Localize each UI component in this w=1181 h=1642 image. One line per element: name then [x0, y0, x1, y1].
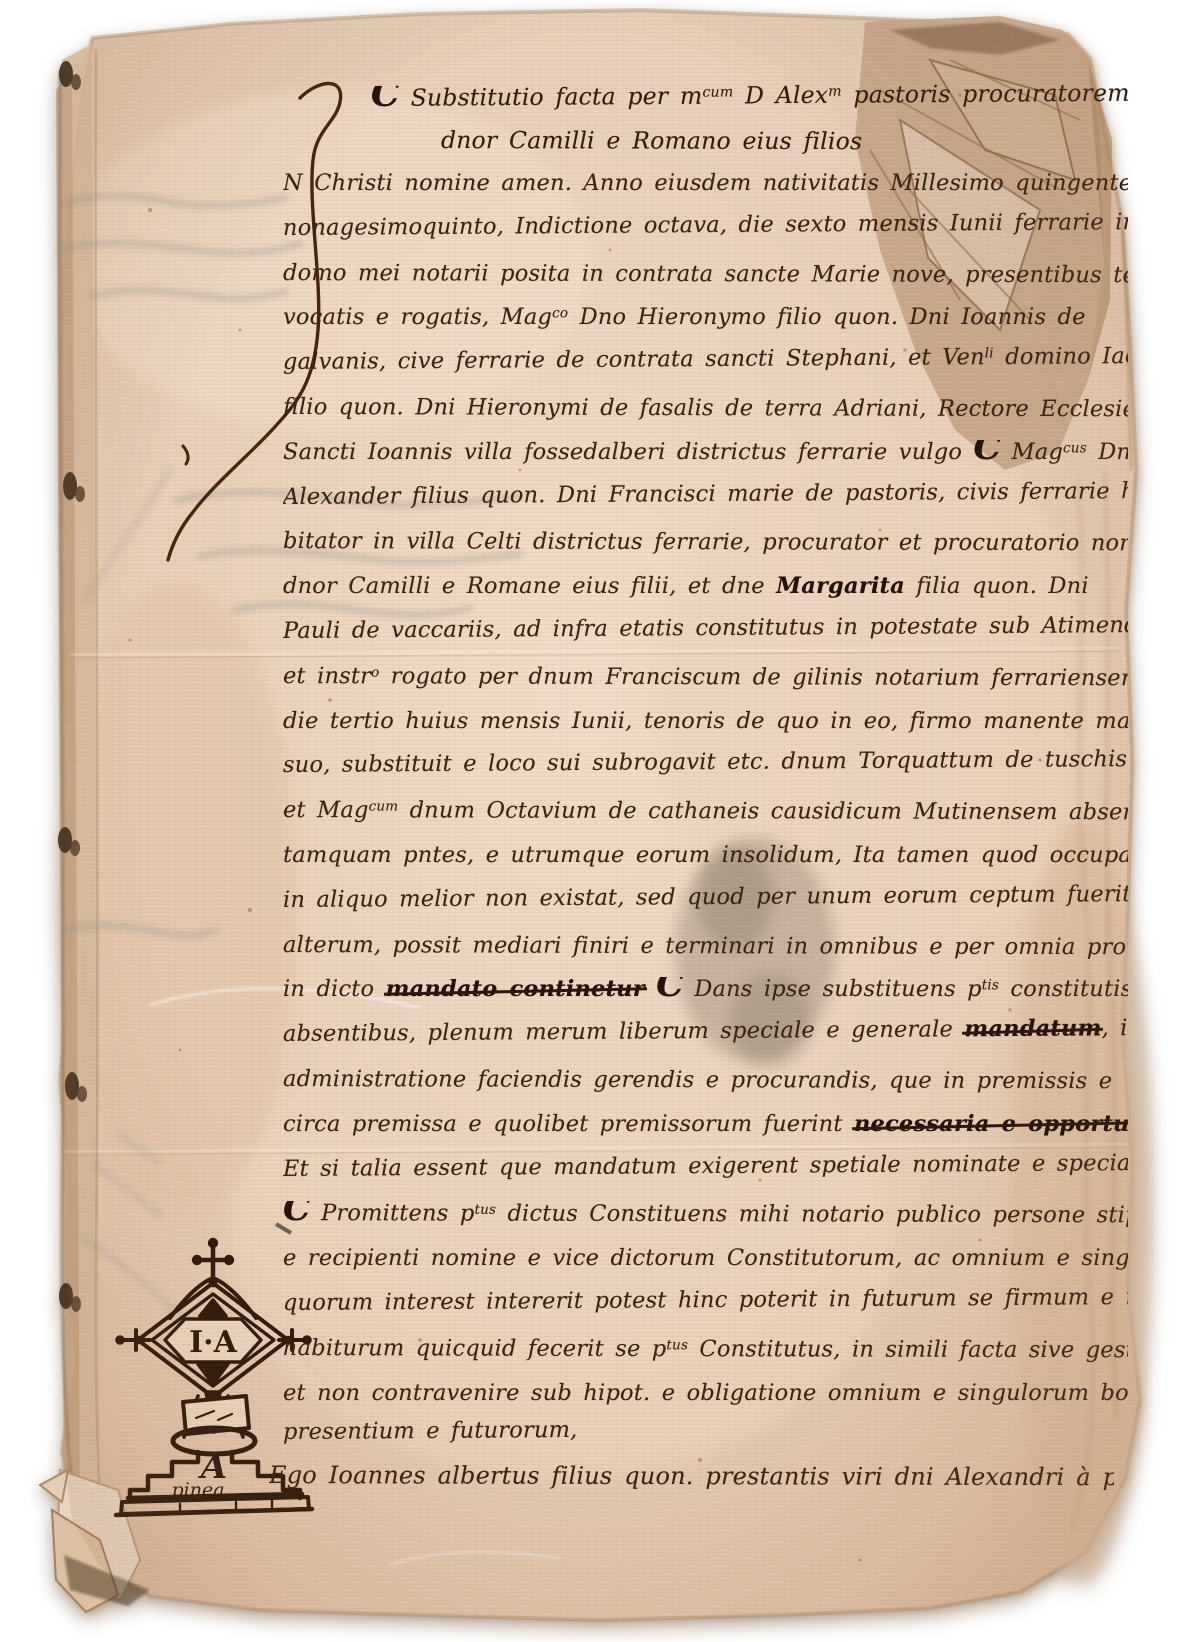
manuscript-line: alterum, possit mediari finiri e termina…	[283, 933, 1128, 960]
manuscript-line: nonagesimoquinto, Indictione octava, die…	[283, 210, 1128, 241]
manuscript-line: e recipienti nomine e vice dictorum Cons…	[283, 1246, 1128, 1271]
manuscript-line: quorum interest intererit potest hinc po…	[283, 1285, 1128, 1316]
manuscript-line: die tertio huius mensis Iunii, tenoris d…	[283, 709, 1128, 734]
manuscript-line: presentium e futurorum,	[283, 1418, 578, 1445]
manuscript-line: Ego Ioannes albertus filius quon. presta…	[269, 1462, 1114, 1491]
manuscript-line: et Magcum dnum Octavium de cathaneis cau…	[283, 798, 1128, 825]
manuscript-line: suo, substituit e loco sui subrogavit et…	[283, 747, 1127, 778]
manuscript-line: circa premissa e quolibet premissorum fu…	[283, 1112, 1128, 1137]
manuscript-line: galvanis, cive ferrarie de contrata sanc…	[283, 344, 1128, 375]
manuscript-line: et instro rogato per dnum Franciscum de …	[283, 664, 1128, 691]
manuscript-line: Sancti Ioannis villa fossedalberi distri…	[283, 440, 1128, 465]
manuscript-line: N Christi nomine amen. Anno eiusdem nati…	[283, 171, 1128, 196]
manuscript-line: filio quon. Dni Hieronymi de fasalis de …	[283, 395, 1128, 422]
manuscript-line: tamquam pntes, e utrumque eorum insolidu…	[283, 843, 1128, 868]
manuscript-line: administratione faciendis gerendis e pro…	[283, 1067, 1112, 1094]
manuscript-line: C Promittens ptus dictus Constituens mih…	[283, 1201, 1128, 1228]
notary-pedestal-name: pinea	[171, 1479, 224, 1501]
heading-line: dnor Camilli e Romano eius filios	[441, 128, 862, 155]
manuscript-line: in dicto mandato continetur C Dans ipse …	[283, 977, 1128, 1002]
manuscript-line: domo mei notarii posita in contrata sanc…	[283, 261, 1128, 288]
manuscript-line: vocatis e rogatis, Magco Dno Hieronymo f…	[283, 305, 1086, 330]
manuscript-line: dnor Camilli e Romane eius filii, et dne…	[283, 574, 1089, 599]
manuscript-line: et non contravenire sub hipot. e obligat…	[283, 1381, 1128, 1406]
manuscript-line: absentibus, plenum merum liberum special…	[283, 1016, 1128, 1047]
manuscript-line: Alexander filius quon. Dni Francisci mar…	[283, 479, 1128, 510]
manuscript-line: habiturum quicquid fecerit se ptus Const…	[283, 1336, 1128, 1363]
manuscript-line: Et si talia essent que mandatum exigeren…	[283, 1151, 1128, 1182]
manuscript-line: bitator in villa Celti districtus ferrar…	[283, 529, 1128, 556]
text-block: C Substitutio facta per mcum D Alexm pas…	[283, 0, 1128, 1642]
manuscript-photo: I·A A pinea C Substitutio facta per mcum…	[0, 0, 1181, 1642]
manuscript-line: in aliquo melior non existat, sed quod p…	[283, 882, 1128, 913]
notary-monogram: I·A	[189, 1325, 237, 1360]
heading-line: C Substitutio facta per mcum D Alexm pas…	[371, 81, 1130, 112]
manuscript-line: Pauli de vaccariis, ad infra etatis cons…	[283, 613, 1128, 644]
